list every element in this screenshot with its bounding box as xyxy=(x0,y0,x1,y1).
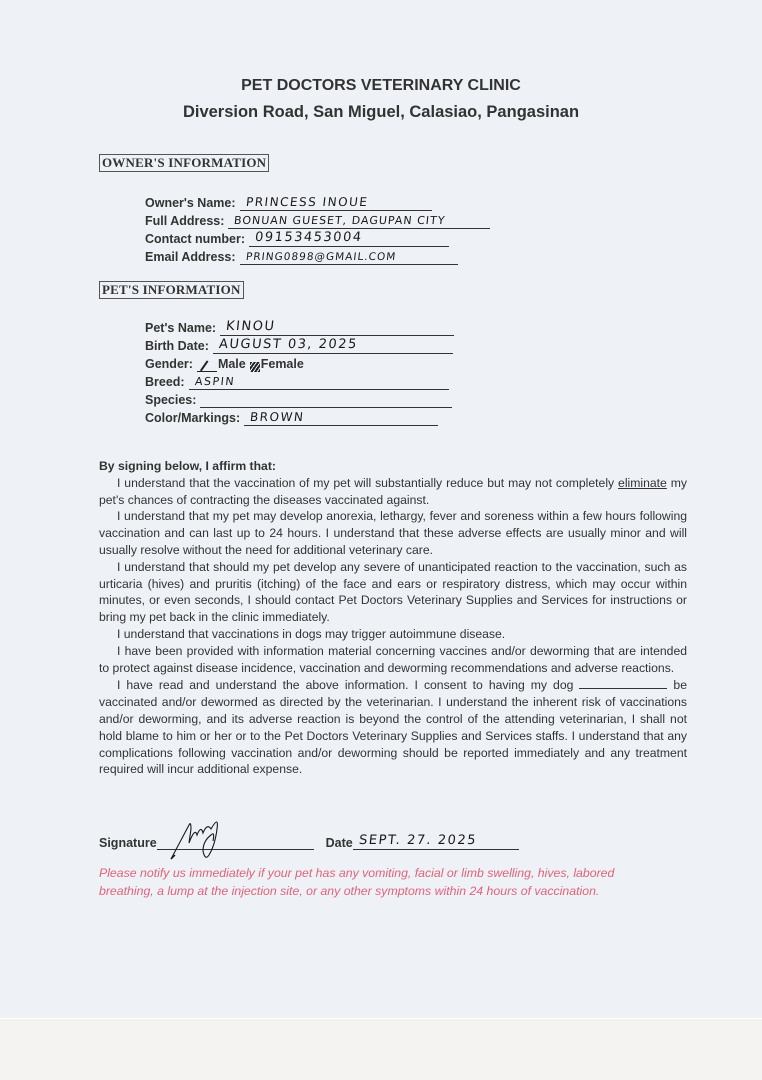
female-option-label: Female xyxy=(261,356,304,372)
birth-date-value: AUGUST 03, 2025 xyxy=(218,337,358,352)
affirmation-paragraph-6: I have read and understand the above inf… xyxy=(99,676,687,778)
breed-field[interactable]: Breed: ASPIN xyxy=(145,372,449,390)
affirmation-paragraph-2: I understand that my pet may develop ano… xyxy=(99,508,687,558)
clinic-name: PET DOCTORS VETERINARY CLINIC xyxy=(0,77,762,95)
affirmation-paragraph-5: I have been provided with information ma… xyxy=(99,643,687,677)
p6-start: I have read and understand the above inf… xyxy=(117,678,579,692)
color-markings-value: BROWN xyxy=(249,410,305,424)
pet-name-line[interactable]: KINOU xyxy=(220,319,454,336)
affirmation-block: By signing below, I affirm that: I under… xyxy=(99,458,687,778)
affirmation-paragraph-4: I understand that vaccinations in dogs m… xyxy=(99,626,687,643)
color-markings-line[interactable]: BROWN xyxy=(244,409,438,426)
color-markings-field[interactable]: Color/Markings: BROWN xyxy=(145,408,438,426)
p6-end: be vaccinated and/or dewormed as directe… xyxy=(99,678,687,776)
date-line[interactable]: SEPT. 27. 2025 xyxy=(353,833,519,850)
email-address-value: PRING0898@GMAIL.COM xyxy=(245,251,397,263)
affirmation-lead: By signing below, I affirm that: xyxy=(99,458,687,475)
affirmation-paragraph-1: I understand that the vaccination of my … xyxy=(99,475,687,509)
color-markings-label: Color/Markings: xyxy=(145,410,240,426)
owner-name-label: Owner's Name: xyxy=(145,195,236,211)
female-checkbox-checked[interactable] xyxy=(250,362,260,372)
full-address-line[interactable]: BONUAN GUESET, DAGUPAN CITY xyxy=(228,212,490,229)
owner-name-field[interactable]: Owner's Name: PRINCESS INOUE xyxy=(145,193,432,211)
species-line[interactable] xyxy=(200,391,452,408)
pet-name-label: Pet's Name: xyxy=(145,320,216,336)
post-vaccination-notice: Please notify us immediately if your pet… xyxy=(99,864,659,900)
p1-start: I understand that the vaccination of my … xyxy=(117,476,618,490)
p1-underlined-word: eliminate xyxy=(618,476,667,490)
affirmation-paragraph-3: I understand that should my pet develop … xyxy=(99,559,687,626)
contact-number-value: 09153453004 xyxy=(254,230,363,245)
owner-name-line[interactable]: PRINCESS INOUE xyxy=(240,194,432,211)
gender-field: Gender: Male Female xyxy=(145,354,304,372)
full-address-value: BONUAN GUESET, DAGUPAN CITY xyxy=(234,214,447,227)
handwritten-signature-icon xyxy=(167,815,237,865)
signature-line[interactable] xyxy=(157,833,314,850)
breed-value: ASPIN xyxy=(194,375,235,388)
email-address-field[interactable]: Email Address: PRING0898@GMAIL.COM xyxy=(145,247,458,265)
birth-date-field[interactable]: Birth Date: AUGUST 03, 2025 xyxy=(145,336,453,354)
breed-line[interactable]: ASPIN xyxy=(189,373,449,390)
pet-section-heading: PET'S INFORMATION xyxy=(99,281,244,299)
birth-date-line[interactable]: AUGUST 03, 2025 xyxy=(213,337,453,354)
species-label: Species: xyxy=(145,392,196,408)
full-address-label: Full Address: xyxy=(145,213,224,229)
contact-number-label: Contact number: xyxy=(145,231,245,247)
breed-label: Breed: xyxy=(145,374,185,390)
signature-label: Signature xyxy=(99,836,157,850)
email-address-label: Email Address: xyxy=(145,249,236,265)
contact-number-field[interactable]: Contact number: 09153453004 xyxy=(145,229,449,247)
dog-name-blank[interactable] xyxy=(579,676,667,689)
full-address-field[interactable]: Full Address: BONUAN GUESET, DAGUPAN CIT… xyxy=(145,211,490,229)
pet-name-value: KINOU xyxy=(225,319,276,334)
date-value: SEPT. 27. 2025 xyxy=(358,833,477,848)
clinic-address: Diversion Road, San Miguel, Calasiao, Pa… xyxy=(0,103,762,122)
male-checkbox[interactable] xyxy=(197,361,217,372)
scanner-bed-edge xyxy=(0,1018,762,1080)
pet-name-field[interactable]: Pet's Name: KINOU xyxy=(145,318,454,336)
birth-date-label: Birth Date: xyxy=(145,338,209,354)
owner-name-value: PRINCESS INOUE xyxy=(245,195,369,209)
signature-row: Signature Date SEPT. 27. 2025 xyxy=(99,830,519,850)
date-label: Date xyxy=(326,836,353,850)
species-field[interactable]: Species: xyxy=(145,390,452,408)
owner-section-heading: OWNER'S INFORMATION xyxy=(99,154,269,172)
gender-label: Gender: xyxy=(145,356,193,372)
contact-number-line[interactable]: 09153453004 xyxy=(249,230,449,247)
email-address-line[interactable]: PRING0898@GMAIL.COM xyxy=(240,248,458,265)
male-option-label: Male xyxy=(218,356,246,372)
